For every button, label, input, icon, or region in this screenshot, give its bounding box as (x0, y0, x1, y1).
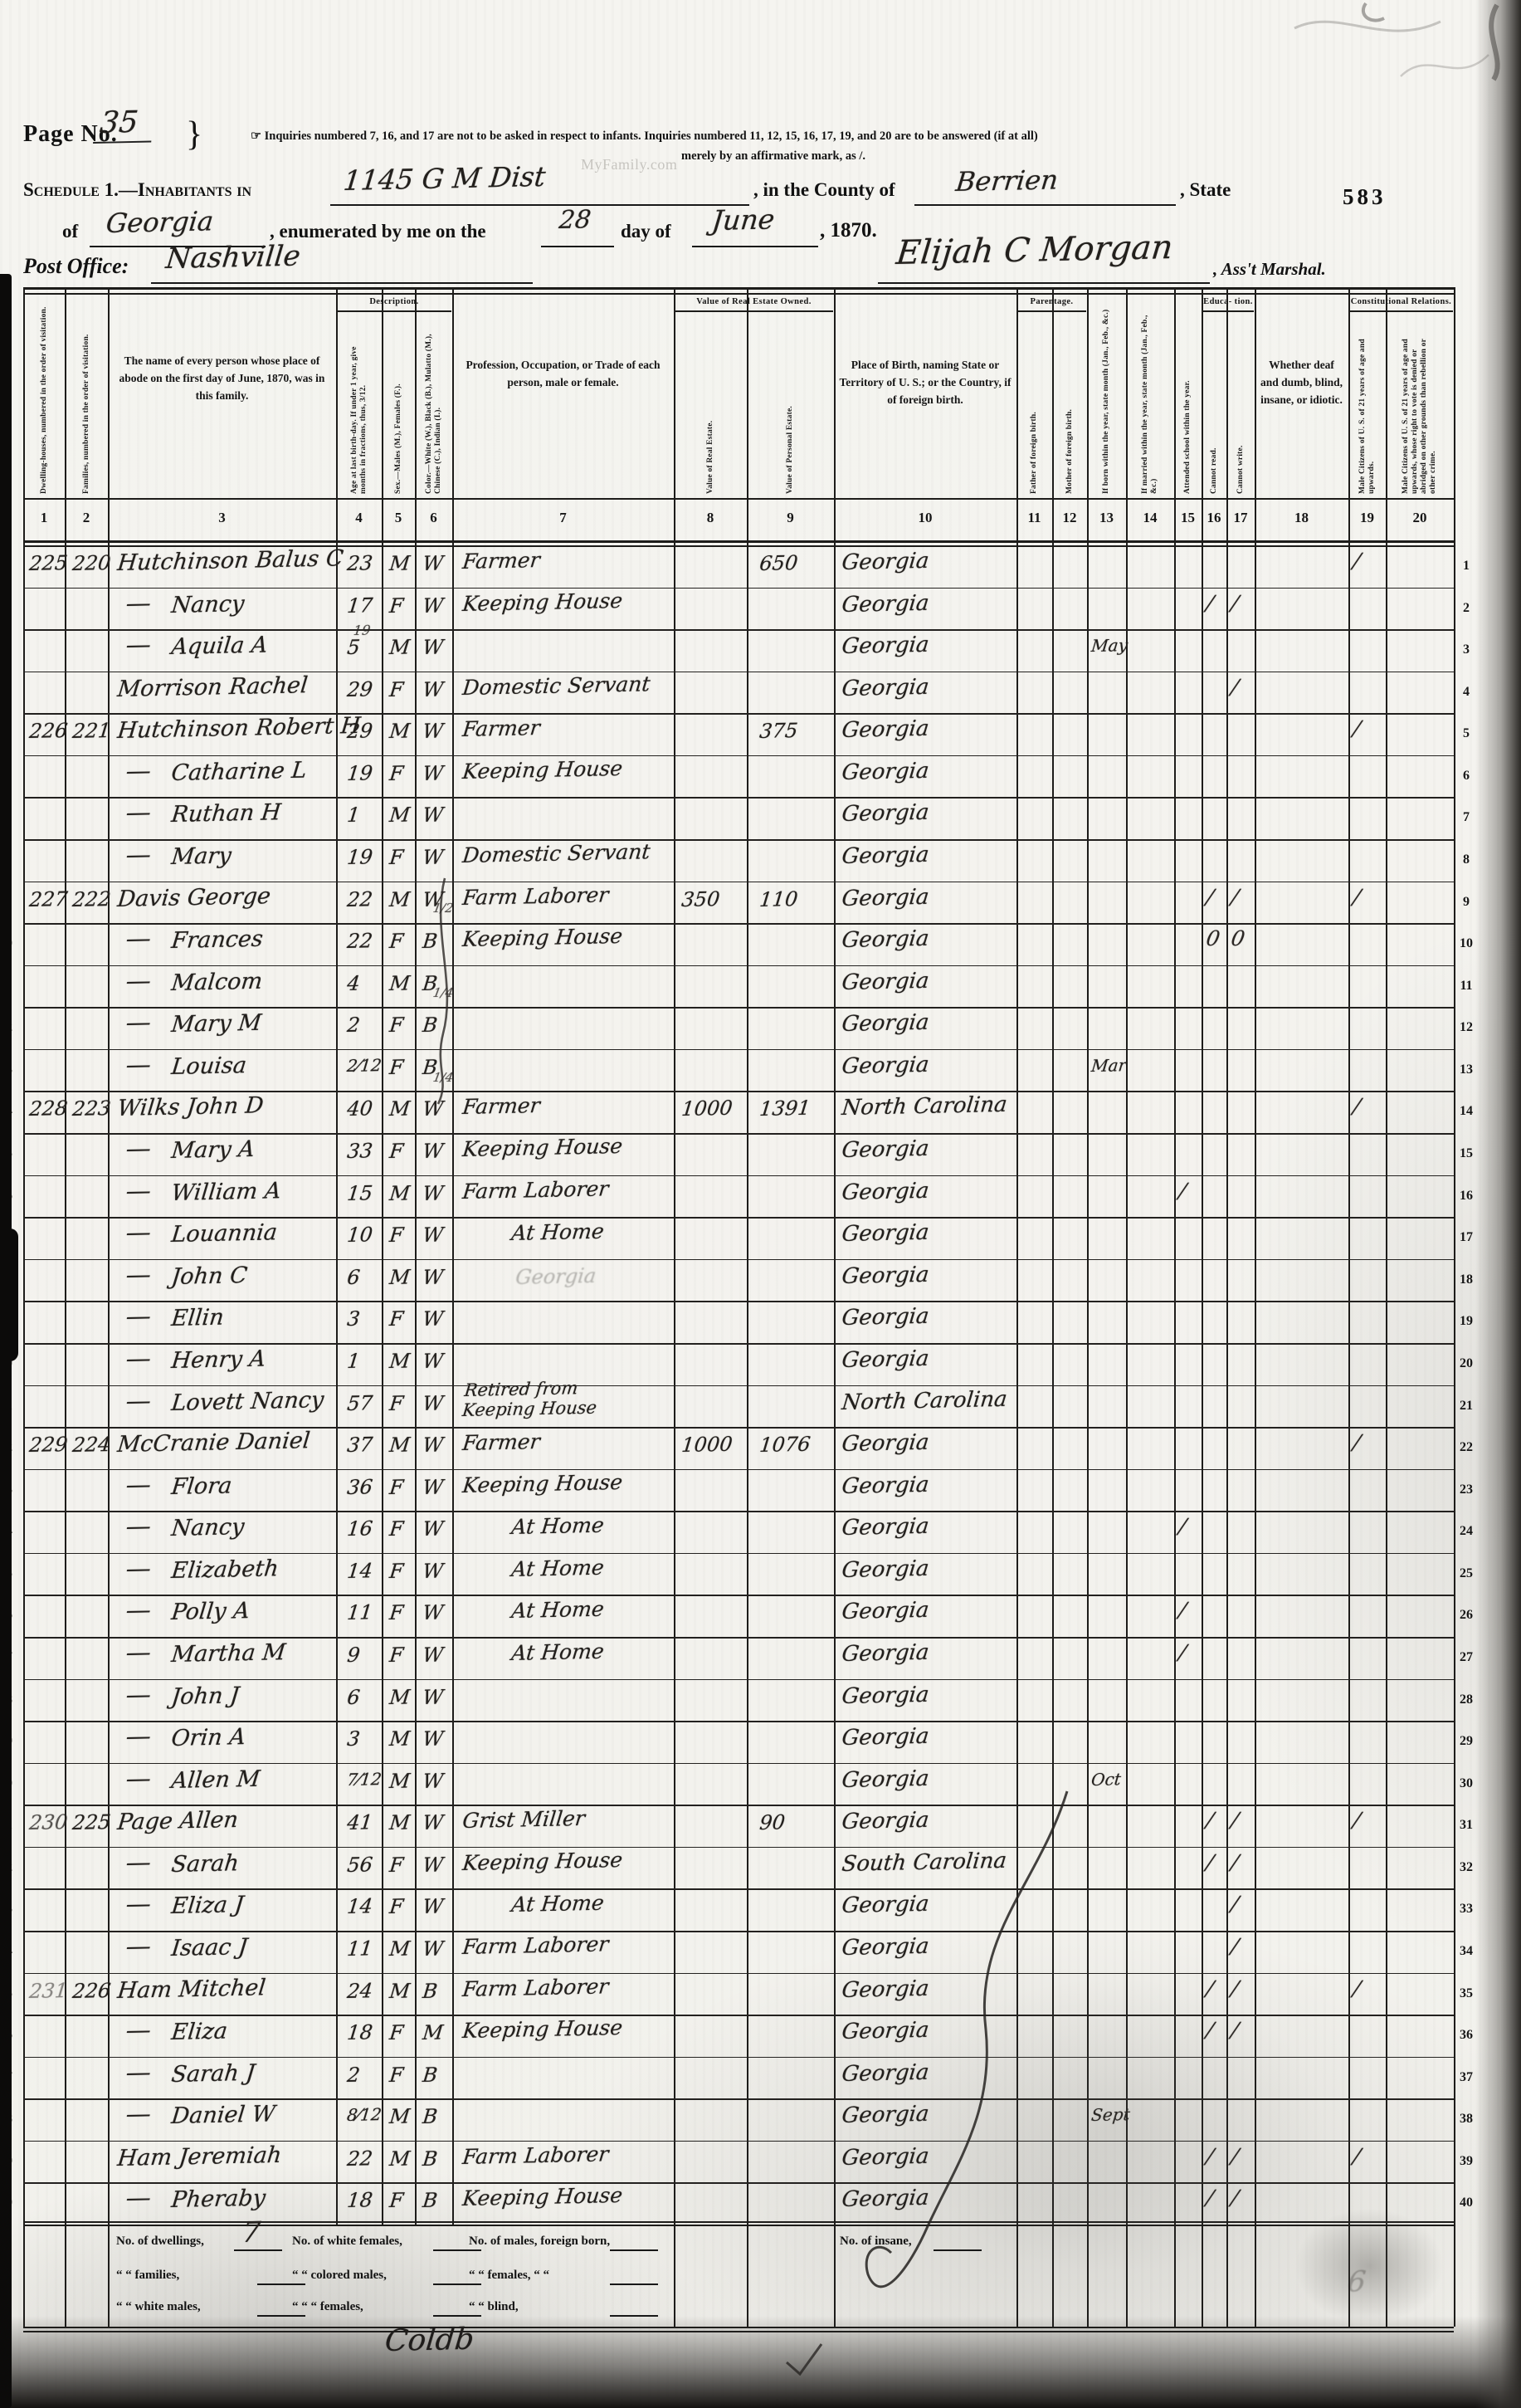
footer-label: “ “ females, “ “ (469, 2269, 549, 2283)
footer-blank-line (610, 2236, 658, 2251)
footer-label: No. of dwellings, (116, 2235, 204, 2249)
footer-blank-line (610, 2270, 658, 2285)
scan-right-band (1475, 0, 1521, 2408)
bottom-note-handwritten: Coldb (383, 2323, 475, 2358)
footer-label: “ “ “ females, (292, 2300, 363, 2314)
footer-insane-blank (934, 2236, 982, 2251)
scan-bottom-band (0, 2316, 1521, 2408)
footer-label: “ “ blind, (469, 2300, 519, 2314)
overlay-fraction: 1/4 (431, 1070, 454, 1085)
overlay-fraction: 1/2 (431, 901, 454, 916)
footer-insane-label: No. of insane, (840, 2235, 912, 2249)
footer-blank-line (610, 2302, 658, 2317)
footer-label: No. of males, foreign born, (469, 2235, 610, 2249)
footer-label: No. of white females, (292, 2235, 402, 2249)
footer-label: “ “ white males, (116, 2300, 201, 2314)
footer-value-handwritten: 7 (241, 2216, 262, 2249)
footer-label: “ “ colored males, (292, 2269, 387, 2283)
footer-label: “ “ families, (116, 2269, 179, 2283)
overlay-fraction: 1/4 (431, 985, 454, 1000)
table-footer: No. of dwellings,7No. of white females,N… (0, 0, 1521, 2408)
scan-left-blotch (0, 1228, 18, 1361)
census-page-scan: Page No. 35 } ☞ Inquiries numbered 7, 16… (0, 0, 1521, 2408)
footer-ghost-digit: 6 (1346, 2266, 1367, 2299)
